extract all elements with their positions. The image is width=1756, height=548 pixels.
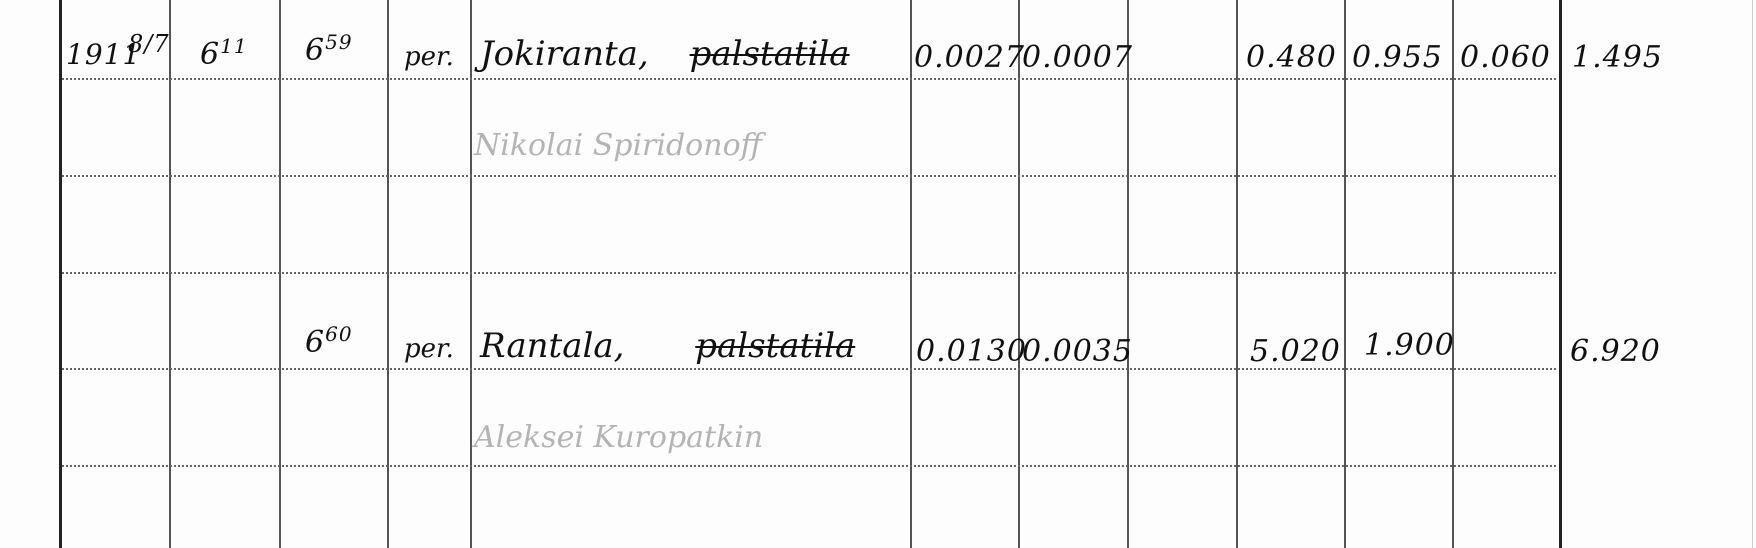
entry-value-4: 5.020 [1250,334,1341,369]
entry-time-b-sup: 60 [325,322,352,346]
entry-time-a-sup: 11 [220,34,247,58]
entry-time-a-value: 6 [200,37,220,72]
entry-time-b: 660 [305,322,353,360]
row-rule [62,78,1556,80]
entry-time-a: 611 [200,34,248,72]
entry-value-7: 6.920 [1570,334,1661,369]
entry-time-b-sup: 59 [325,30,352,54]
row-rule [62,175,1556,177]
entry-time-b-value: 6 [305,33,325,68]
column-rule-right [1559,0,1562,548]
row-rule [62,272,1556,274]
entry-place: Jokiranta, palstatila [480,34,850,74]
entry-owner-pencil: Aleksei Kuropatkin [474,420,763,455]
row-rule [62,465,1556,467]
entry-value-6: 0.060 [1460,40,1551,75]
entry-time-b-value: 6 [305,325,325,360]
entry-value-4: 0.480 [1246,40,1337,75]
entry-prefix: per. [404,334,454,364]
entry-value-2: 0.0035 [1022,334,1133,369]
entry-place-note-struck: palstatila [695,326,855,366]
entry-value-2: 0.0007 [1022,40,1133,75]
entry-date: 8/7 [128,30,170,58]
entry-value-5: 0.955 [1352,40,1443,75]
entry-value-1: 0.0027 [914,40,1025,75]
entry-place-name: Jokiranta, [480,34,649,74]
entry-value-5: 1.900 [1364,328,1455,363]
ledger-page: 1911 8/7 611 659 per. Jokiranta, palstat… [0,0,1756,548]
column-rule-margin [1752,0,1753,548]
entry-owner-pencil: Nikolai Spiridonoff [474,128,762,163]
entry-value-1: 0.0130 [916,334,1027,369]
entry-value-7: 1.495 [1572,40,1663,75]
entry-place: Rantala, palstatila [480,326,855,366]
entry-place-name: Rantala, [480,326,624,366]
entry-place-note-struck: palstatila [690,34,850,74]
entry-prefix: per. [404,42,454,72]
entry-time-b: 659 [305,30,353,68]
